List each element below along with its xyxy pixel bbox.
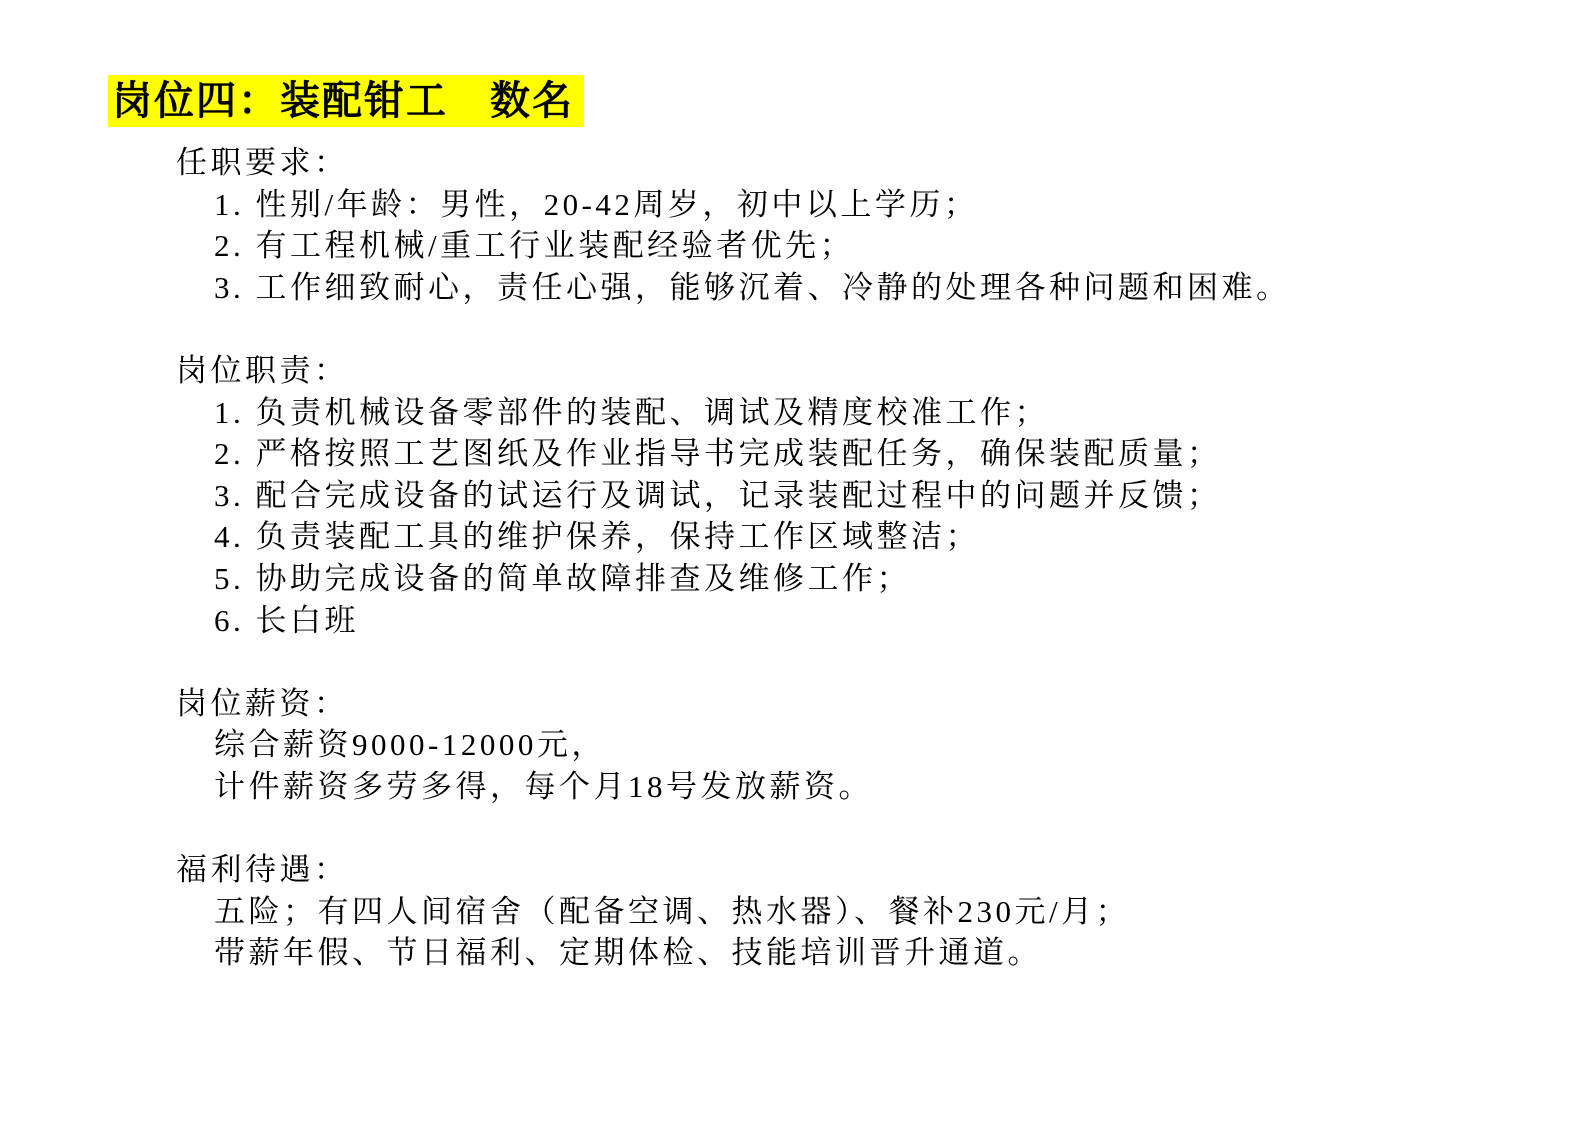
section-heading: 任职要求： xyxy=(0,142,1587,184)
document-page: 岗位四：装配钳工 数名 任职要求： 1. 性别/年龄：男性，20-42周岁，初中… xyxy=(0,0,1587,1133)
benefit-line: 五险；有四人间宿舍（配备空调、热水器）、餐补230元/月； xyxy=(0,891,1587,933)
duty-line: 1. 负责机械设备零部件的装配、调试及精度校准工作； xyxy=(0,392,1587,434)
duty-line: 6. 长白班 xyxy=(0,600,1587,642)
benefit-line: 带薪年假、节日福利、定期体检、技能培训晋升通道。 xyxy=(0,932,1587,974)
section-job-requirements: 任职要求： 1. 性别/年龄：男性，20-42周岁，初中以上学历； 2. 有工程… xyxy=(0,142,1587,308)
duty-line: 2. 严格按照工艺图纸及作业指导书完成装配任务，确保装配质量； xyxy=(0,433,1587,475)
requirement-line: 1. 性别/年龄：男性，20-42周岁，初中以上学历； xyxy=(0,184,1587,226)
section-benefits: 福利待遇： 五险；有四人间宿舍（配备空调、热水器）、餐补230元/月； 带薪年假… xyxy=(0,849,1587,974)
salary-line: 综合薪资9000-12000元， xyxy=(0,724,1587,766)
duty-line: 3. 配合完成设备的试运行及调试，记录装配过程中的问题并反馈； xyxy=(0,475,1587,517)
duty-line: 4. 负责装配工具的维护保养，保持工作区域整洁； xyxy=(0,516,1587,558)
duty-line: 5. 协助完成设备的简单故障排查及维修工作； xyxy=(0,558,1587,600)
section-heading: 岗位职责： xyxy=(0,350,1587,392)
requirement-line: 2. 有工程机械/重工行业装配经验者优先； xyxy=(0,225,1587,267)
salary-line: 计件薪资多劳多得，每个月18号发放薪资。 xyxy=(0,766,1587,808)
requirement-line: 3. 工作细致耐心，责任心强，能够沉着、冷静的处理各种问题和困难。 xyxy=(0,267,1587,309)
section-job-duties: 岗位职责： 1. 负责机械设备零部件的装配、调试及精度校准工作； 2. 严格按照… xyxy=(0,350,1587,641)
document-title-row: 岗位四：装配钳工 数名 xyxy=(108,75,1587,127)
section-heading: 岗位薪资： xyxy=(0,683,1587,725)
section-salary: 岗位薪资： 综合薪资9000-12000元， 计件薪资多劳多得，每个月18号发放… xyxy=(0,683,1587,808)
section-heading: 福利待遇： xyxy=(0,849,1587,891)
document-body: 任职要求： 1. 性别/年龄：男性，20-42周岁，初中以上学历； 2. 有工程… xyxy=(0,142,1587,974)
page-title: 岗位四：装配钳工 数名 xyxy=(108,75,584,127)
